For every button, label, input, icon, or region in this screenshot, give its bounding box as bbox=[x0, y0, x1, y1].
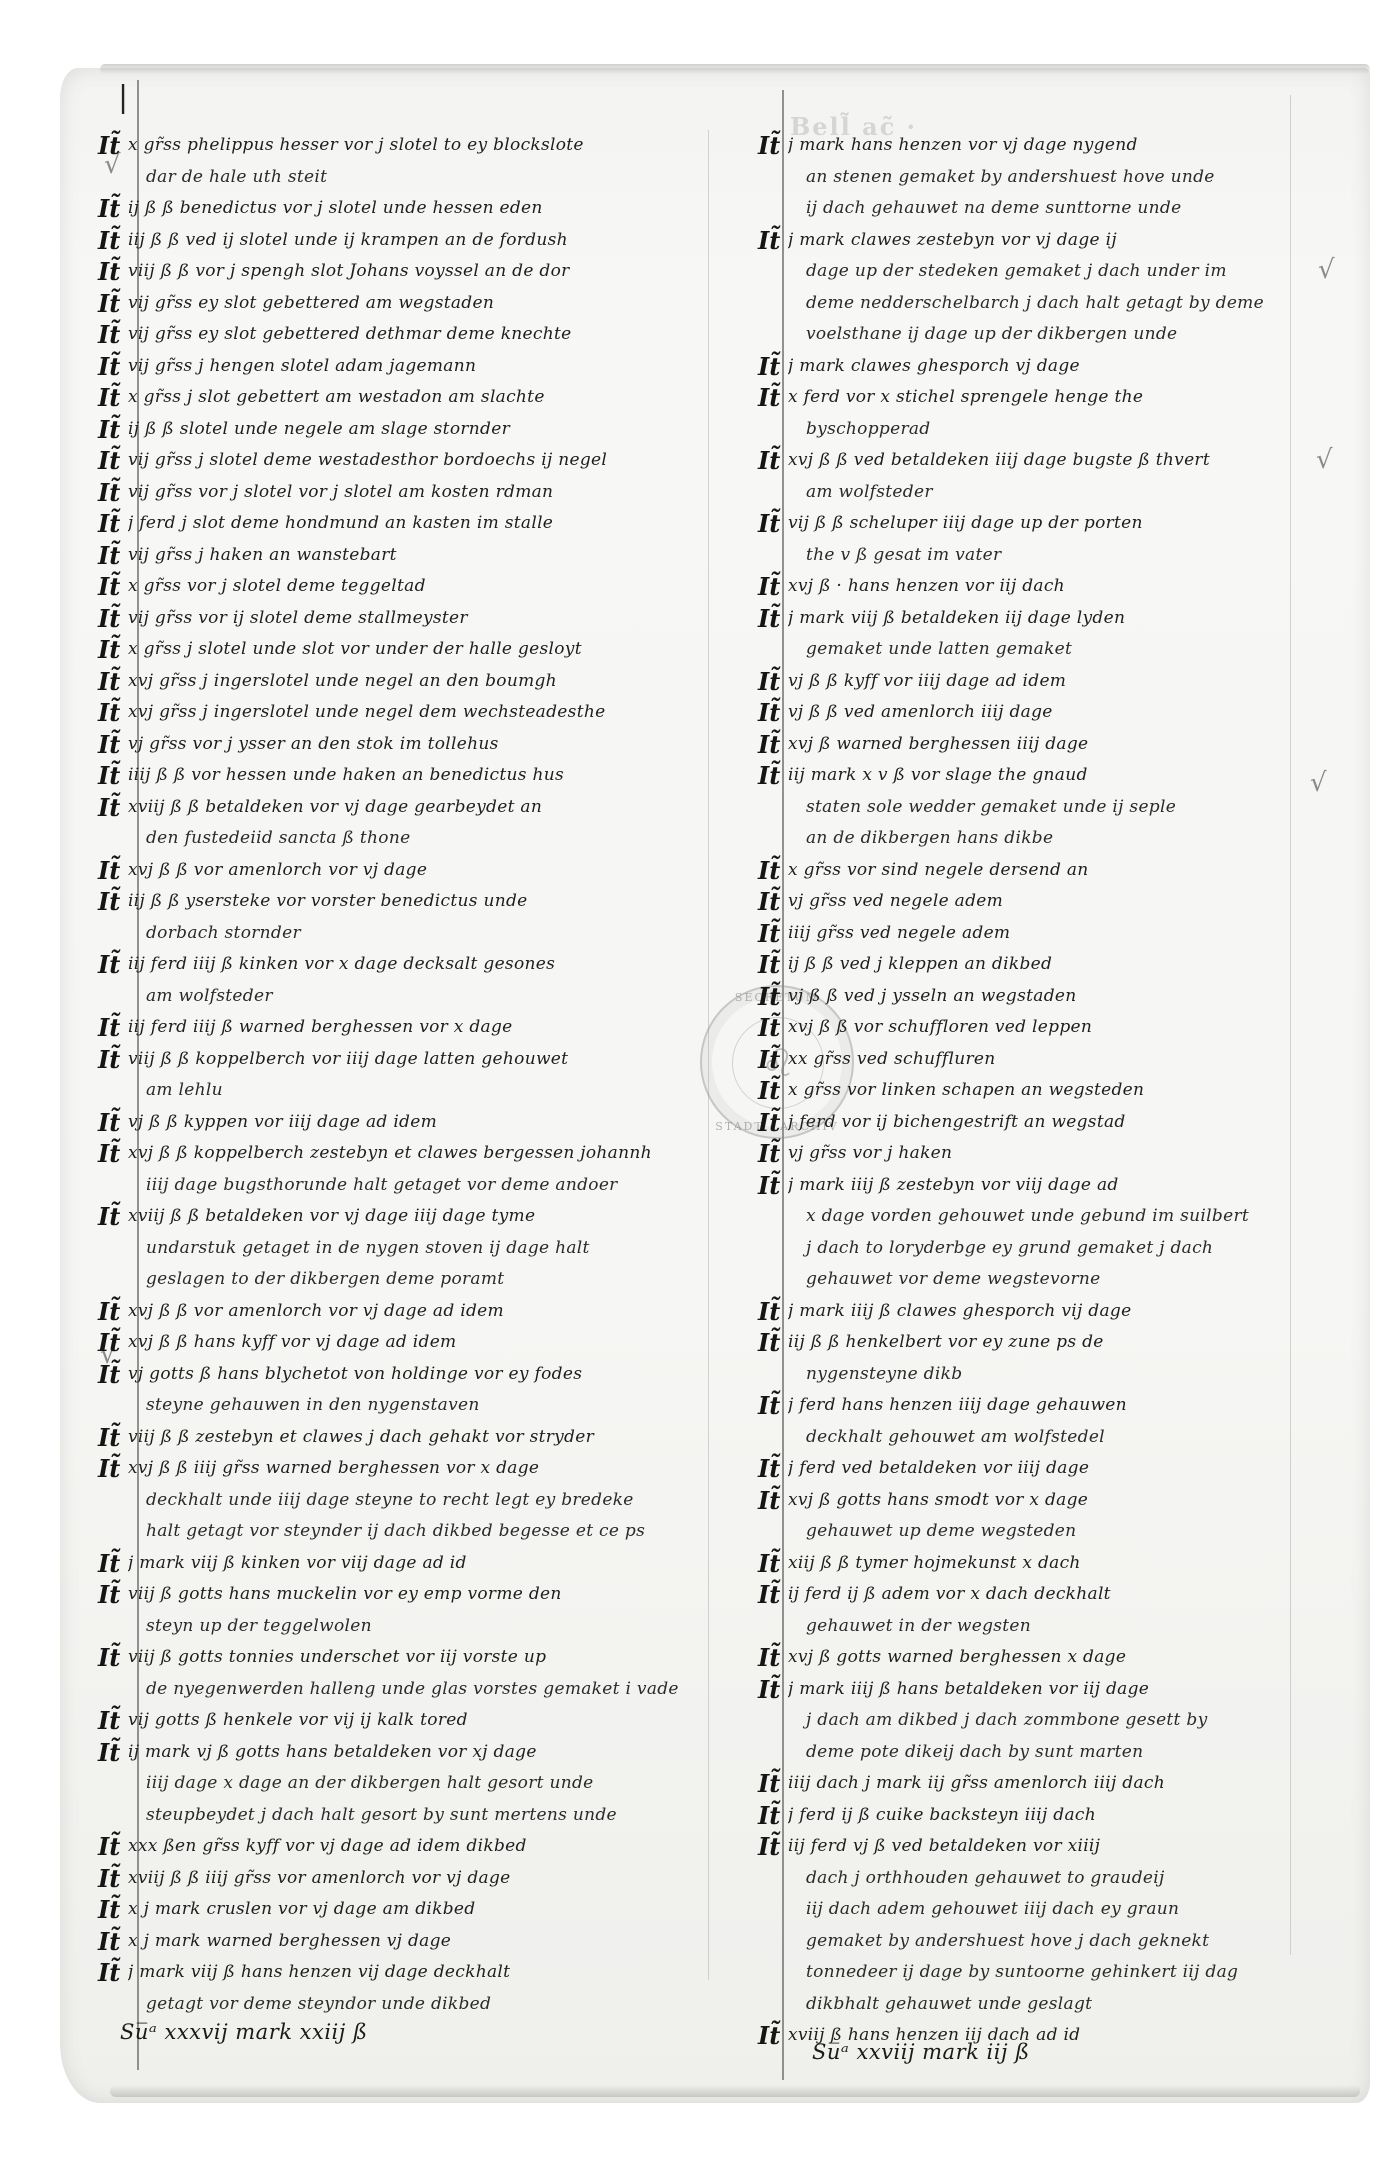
entry-continuation-line: gemaket unde latten gemaket bbox=[788, 634, 1348, 666]
ledger-entry: It̃iij ß ß ved ij slotel unde ij krampen… bbox=[128, 225, 748, 257]
entry-line: vij ß ß scheluper iiij dage up der porte… bbox=[788, 508, 1348, 540]
ledger-entry: It̃xvj ß ß ved betaldeken iiij dage bugs… bbox=[788, 445, 1348, 508]
entry-line: vj gr̃ss vor j ysser an den stok im toll… bbox=[128, 729, 748, 761]
entry-line: ij ß ß slotel unde negele am slage storn… bbox=[128, 414, 748, 446]
ledger-entry: It̃xvj ß ß iiij gr̃ss warned berghessen … bbox=[128, 1453, 748, 1548]
item-mark-icon: It̃ bbox=[98, 1642, 120, 1674]
ledger-entry: It̃xvj ß gotts warned berghessen x dage bbox=[788, 1642, 1348, 1674]
entry-continuation-line: staten sole wedder gemaket unde ij seple bbox=[788, 792, 1348, 824]
entry-continuation-line: steyn up der teggelwolen bbox=[128, 1611, 748, 1643]
ledger-entry: It̃j ferd ved betaldeken vor iiij dage bbox=[788, 1453, 1348, 1485]
entry-continuation-line: iij dach adem gehouwet iiij dach ey grau… bbox=[788, 1894, 1348, 1926]
entry-line: vij gr̃ss vor ij slotel deme stallmeyste… bbox=[128, 603, 748, 635]
entry-continuation-line: geslagen to der dikbergen deme poramt bbox=[128, 1264, 748, 1296]
item-mark-icon: It̃ bbox=[758, 1642, 780, 1674]
entry-continuation-line: undarstuk getaget in de nygen stoven ij … bbox=[128, 1233, 748, 1265]
entry-line: ij ß ß ved j kleppen an dikbed bbox=[788, 949, 1348, 981]
entry-line: j mark hans henzen vor vj dage nygend bbox=[788, 130, 1348, 162]
entry-continuation-line: deme pote dikeij dach by sunt marten bbox=[788, 1737, 1348, 1769]
entry-continuation-line: nygensteyne dikb bbox=[788, 1359, 1348, 1391]
item-mark-icon: It̃ bbox=[98, 729, 120, 761]
ledger-entry: It̃vij gr̃ss j haken an wanstebart bbox=[128, 540, 748, 572]
entry-line: vij gotts ß henkele vor vij ij kalk tore… bbox=[128, 1705, 748, 1737]
ledger-entry: It̃xviij ß ß betaldeken vor vj dage gear… bbox=[128, 792, 748, 855]
entry-line: xvj gr̃ss j ingerslotel unde negel dem w… bbox=[128, 697, 748, 729]
ledger-entry: It̃xx gr̃ss ved schuffluren bbox=[788, 1044, 1348, 1076]
entry-line: xvj ß ß vor amenlorch vor vj dage ad ide… bbox=[128, 1296, 748, 1328]
ledger-entry: It̃xvj ß · hans henzen vor iij dach bbox=[788, 571, 1348, 603]
page-bottom-edge bbox=[110, 2085, 1360, 2097]
entry-line: j ferd vor ij bichengestrift an wegstad bbox=[788, 1107, 1348, 1139]
entry-line: j mark iiij ß clawes ghesporch vij dage bbox=[788, 1296, 1348, 1328]
entry-line: viij ß gotts hans muckelin vor ey emp vo… bbox=[128, 1579, 748, 1611]
item-mark-icon: It̃ bbox=[98, 760, 120, 792]
ledger-entry: It̃j mark iiij ß hans betaldeken vor iij… bbox=[788, 1674, 1348, 1769]
entry-line: vj ß ß ved j ysseln an wegstaden bbox=[788, 981, 1348, 1013]
item-mark-icon: It̃ bbox=[98, 540, 120, 572]
ledger-entry: It̃iij ß ß henkelbert vor ey zune ps den… bbox=[788, 1327, 1348, 1390]
ledger-entry: It̃x gr̃ss phelippus hesser vor j slotel… bbox=[128, 130, 748, 193]
entry-continuation-line: tonnedeer ij dage by suntoorne gehinkert… bbox=[788, 1957, 1348, 1989]
entry-line: x j mark cruslen vor vj dage am dikbed bbox=[128, 1894, 748, 1926]
entry-line: vij gr̃ss j hengen slotel adam jagemann bbox=[128, 351, 748, 383]
entry-line: j ferd ij ß cuike backsteyn iiij dach bbox=[788, 1800, 1348, 1832]
entry-line: x gr̃ss j slotel unde slot vor under der… bbox=[128, 634, 748, 666]
entry-line: xvj ß gotts warned berghessen x dage bbox=[788, 1642, 1348, 1674]
ledger-entry: It̃viij ß ß vor j spengh slot Johans voy… bbox=[128, 256, 748, 288]
entry-line: iiij ß ß vor hessen unde haken an benedi… bbox=[128, 760, 748, 792]
entry-line: iij ß ß henkelbert vor ey zune ps de bbox=[788, 1327, 1348, 1359]
item-mark-icon: It̃ bbox=[758, 1044, 780, 1076]
ledger-entry: It̃xvj ß ß vor schuffloren ved leppen bbox=[788, 1012, 1348, 1044]
ledger-entry: It̃xvj gr̃ss j ingerslotel unde negel an… bbox=[128, 666, 748, 698]
entry-line: vij gr̃ss vor j slotel vor j slotel am k… bbox=[128, 477, 748, 509]
entry-line: j mark clawes zestebyn vor vj dage ij bbox=[788, 225, 1348, 257]
entry-continuation-line: am wolfsteder bbox=[128, 981, 748, 1013]
entry-line: vj ß ß ved amenlorch iiij dage bbox=[788, 697, 1348, 729]
ledger-entry: It̃xvj ß warned berghessen iiij dage bbox=[788, 729, 1348, 761]
entry-line: j mark viij ß hans henzen vij dage deckh… bbox=[128, 1957, 748, 1989]
item-mark-icon: It̃ bbox=[98, 1926, 120, 1958]
item-mark-icon: It̃ bbox=[758, 1768, 780, 1800]
item-mark-icon: It̃ bbox=[758, 1012, 780, 1044]
ledger-entry: It̃ij ß ß ved j kleppen an dikbed bbox=[788, 949, 1348, 981]
entry-line: xvj ß ß iiij gr̃ss warned berghessen vor… bbox=[128, 1453, 748, 1485]
item-mark-icon: It̃ bbox=[758, 918, 780, 950]
entry-continuation-line: dorbach stornder bbox=[128, 918, 748, 950]
ledger-entry: It̃j mark viij ß hans henzen vij dage de… bbox=[128, 1957, 748, 2020]
ledger-entry: It̃vj ß ß ved amenlorch iiij dage bbox=[788, 697, 1348, 729]
item-mark-icon: It̃ bbox=[98, 697, 120, 729]
entry-line: iij ß ß ved ij slotel unde ij krampen an… bbox=[128, 225, 748, 257]
entry-line: iij ferd iiij ß kinken vor x dage decksa… bbox=[128, 949, 748, 981]
ledger-entry: It̃viij ß gotts hans muckelin vor ey emp… bbox=[128, 1579, 748, 1642]
ledger-entry: It̃xxx ßen gr̃ss kyff vor vj dage ad ide… bbox=[128, 1831, 748, 1863]
entry-line: xvj ß gotts hans smodt vor x dage bbox=[788, 1485, 1348, 1517]
item-mark-icon: It̃ bbox=[758, 1075, 780, 1107]
item-mark-icon: It̃ bbox=[758, 1107, 780, 1139]
ledger-entry: It̃x gr̃ss j slot gebettert am westadon … bbox=[128, 382, 748, 414]
ledger-entry: It̃vj gr̃ss vor j haken bbox=[788, 1138, 1348, 1170]
ledger-entry: It̃vij gr̃ss ey slot gebettered am wegst… bbox=[128, 288, 748, 320]
item-mark-icon: It̃ bbox=[98, 508, 120, 540]
ledger-entry: It̃vj gr̃ss ved negele adem bbox=[788, 886, 1348, 918]
ledger-entry: It̃ij mark vj ß gotts hans betaldeken vo… bbox=[128, 1737, 748, 1832]
ledger-entry: It̃vij gr̃ss vor ij slotel deme stallmey… bbox=[128, 603, 748, 635]
ledger-entry: It̃xiij ß ß tymer hojmekunst x dach bbox=[788, 1548, 1348, 1580]
item-mark-icon: It̃ bbox=[758, 1831, 780, 1863]
item-mark-icon: It̃ bbox=[758, 508, 780, 540]
item-mark-icon: It̃ bbox=[98, 1863, 120, 1895]
entry-continuation-line: deckhalt unde iiij dage steyne to recht … bbox=[128, 1485, 748, 1517]
item-mark-icon: It̃ bbox=[758, 1579, 780, 1611]
item-mark-icon: It̃ bbox=[758, 949, 780, 981]
entry-line: iij mark x v ß vor slage the gnaud bbox=[788, 760, 1348, 792]
item-mark-icon: It̃ bbox=[758, 666, 780, 698]
ledger-entry: It̃x gr̃ss vor sind negele dersend an bbox=[788, 855, 1348, 887]
entry-line: viij ß ß zestebyn et clawes j dach gehak… bbox=[128, 1422, 748, 1454]
ledger-entry: It̃vij gotts ß henkele vor vij ij kalk t… bbox=[128, 1705, 748, 1737]
entry-line: j mark iiij ß zestebyn vor viij dage ad bbox=[788, 1170, 1348, 1202]
item-mark-icon: It̃ bbox=[98, 1579, 120, 1611]
ledger-entry: It̃iij ferd iiij ß warned berghessen vor… bbox=[128, 1012, 748, 1044]
left-column-entries: It̃x gr̃ss phelippus hesser vor j slotel… bbox=[128, 130, 748, 2020]
entry-continuation-line: x dage vorden gehouwet unde gebund im su… bbox=[788, 1201, 1348, 1233]
entry-continuation-line: den fustedeiid sancta ß thone bbox=[128, 823, 748, 855]
ledger-entry: It̃ij ß ß benedictus vor j slotel unde h… bbox=[128, 193, 748, 225]
ledger-entry: It̃vij ß ß scheluper iiij dage up der po… bbox=[788, 508, 1348, 571]
ledger-entry: It̃iij mark x v ß vor slage the gnaudsta… bbox=[788, 760, 1348, 855]
entry-continuation-line: voelsthane ij dage up der dikbergen unde bbox=[788, 319, 1348, 351]
ledger-entry: It̃viij ß ß koppelberch vor iiij dage la… bbox=[128, 1044, 748, 1107]
item-mark-icon: It̃ bbox=[758, 729, 780, 761]
item-mark-icon: It̃ bbox=[98, 288, 120, 320]
ledger-entry: It̃j mark clawes zestebyn vor vj dage ij… bbox=[788, 225, 1348, 351]
ledger-entry: It̃iij ferd iiij ß kinken vor x dage dec… bbox=[128, 949, 748, 1012]
item-mark-icon: It̃ bbox=[98, 193, 120, 225]
item-mark-icon: It̃ bbox=[758, 760, 780, 792]
entry-continuation-line: am lehlu bbox=[128, 1075, 748, 1107]
entry-continuation-line: the v ß gesat im vater bbox=[788, 540, 1348, 572]
folio-mark: | bbox=[118, 80, 128, 115]
page-top-edge bbox=[100, 64, 1370, 74]
ledger-entry: It̃vj ß ß kyppen vor iiij dage ad idem bbox=[128, 1107, 748, 1139]
ledger-entry: It̃iiij dach j mark iij gr̃ss amenlorch … bbox=[788, 1768, 1348, 1800]
item-mark-icon: It̃ bbox=[98, 1012, 120, 1044]
item-mark-icon: It̃ bbox=[758, 1170, 780, 1202]
item-mark-icon: It̃ bbox=[98, 1296, 120, 1328]
item-mark-icon: It̃ bbox=[758, 1296, 780, 1328]
item-mark-icon: It̃ bbox=[98, 351, 120, 383]
entry-line: vj ß ß kyff vor iiij dage ad idem bbox=[788, 666, 1348, 698]
entry-line: xvj ß ß ved betaldeken iiij dage bugste … bbox=[788, 445, 1348, 477]
entry-line: ij ferd ij ß adem vor x dach deckhalt bbox=[788, 1579, 1348, 1611]
item-mark-icon: It̃ bbox=[758, 225, 780, 257]
item-mark-icon: It̃ bbox=[758, 1485, 780, 1517]
entry-line: xvj ß · hans henzen vor iij dach bbox=[788, 571, 1348, 603]
entry-continuation-line: j dach to loryderbge ey grund gemaket j … bbox=[788, 1233, 1348, 1265]
item-mark-icon: It̃ bbox=[758, 697, 780, 729]
ledger-entry: It̃x gr̃ss vor j slotel deme teggeltad bbox=[128, 571, 748, 603]
item-mark-icon: It̃ bbox=[98, 886, 120, 918]
ledger-entry: It̃iij ferd vj ß ved betaldeken vor xiii… bbox=[788, 1831, 1348, 2020]
ledger-entry: It̃xvj gr̃ss j ingerslotel unde negel de… bbox=[128, 697, 748, 729]
item-mark-icon: It̃ bbox=[758, 2020, 780, 2052]
entry-line: xviij ß ß iiij gr̃ss vor amenlorch vor v… bbox=[128, 1863, 748, 1895]
entry-line: xvj ß warned berghessen iiij dage bbox=[788, 729, 1348, 761]
entry-line: vj ß ß kyppen vor iiij dage ad idem bbox=[128, 1107, 748, 1139]
entry-continuation-line: gehauwet vor deme wegstevorne bbox=[788, 1264, 1348, 1296]
ledger-entry: It̃x j mark cruslen vor vj dage am dikbe… bbox=[128, 1894, 748, 1926]
entry-line: xviij ß ß betaldeken vor vj dage gearbey… bbox=[128, 792, 748, 824]
entry-line: xvj ß ß vor schuffloren ved leppen bbox=[788, 1012, 1348, 1044]
item-mark-icon: It̃ bbox=[98, 414, 120, 446]
entry-line: iiij dach j mark iij gr̃ss amenlorch iii… bbox=[788, 1768, 1348, 1800]
ledger-entry: It̃vij gr̃ss j hengen slotel adam jagema… bbox=[128, 351, 748, 383]
ledger-entry: It̃j mark hans henzen vor vj dage nygend… bbox=[788, 130, 1348, 225]
entry-continuation-line: gehauwet up deme wegsteden bbox=[788, 1516, 1348, 1548]
ledger-entry: It̃x j mark warned berghessen vj dage bbox=[128, 1926, 748, 1958]
entry-line: xvj ß ß koppelberch zestebyn et clawes b… bbox=[128, 1138, 748, 1170]
item-mark-icon: It̃ bbox=[98, 949, 120, 981]
entry-continuation-line: dage up der stedeken gemaket j dach unde… bbox=[788, 256, 1348, 288]
item-mark-icon: It̃ bbox=[98, 225, 120, 257]
item-mark-icon: It̃ bbox=[758, 1800, 780, 1832]
item-mark-icon: It̃ bbox=[98, 1831, 120, 1863]
ledger-entry: It̃viij ß ß zestebyn et clawes j dach ge… bbox=[128, 1422, 748, 1454]
ledger-entry: It̃x gr̃ss j slotel unde slot vor under … bbox=[128, 634, 748, 666]
item-mark-icon: It̃ bbox=[98, 256, 120, 288]
item-mark-icon: It̃ bbox=[98, 477, 120, 509]
ledger-entry: It̃x ferd vor x stichel sprengele henge … bbox=[788, 382, 1348, 445]
item-mark-icon: It̃ bbox=[98, 1737, 120, 1769]
entry-line: vj gr̃ss vor j haken bbox=[788, 1138, 1348, 1170]
item-mark-icon: It̃ bbox=[758, 445, 780, 477]
entry-line: iij ferd iiij ß warned berghessen vor x … bbox=[128, 1012, 748, 1044]
ledger-entry: It̃xvj ß ß koppelberch zestebyn et clawe… bbox=[128, 1138, 748, 1201]
ledger-entry: It̃xvj ß ß vor amenlorch vor vj dage ad … bbox=[128, 1296, 748, 1328]
ledger-entry: It̃xviij ß ß iiij gr̃ss vor amenlorch vo… bbox=[128, 1863, 748, 1895]
entry-line: xvj gr̃ss j ingerslotel unde negel an de… bbox=[128, 666, 748, 698]
right-column-total: Su̅ᵃ xxviij mark iij ß bbox=[812, 2040, 1030, 2064]
right-column-entries: It̃j mark hans henzen vor vj dage nygend… bbox=[788, 130, 1348, 2052]
ledger-entry: It̃vj gr̃ss vor j ysser an den stok im t… bbox=[128, 729, 748, 761]
entry-continuation-line: dikbhalt gehauwet unde geslagt bbox=[788, 1989, 1348, 2021]
entry-line: xvj ß ß vor amenlorch vor vj dage bbox=[128, 855, 748, 887]
item-mark-icon: It̃ bbox=[758, 1138, 780, 1170]
ledger-entry: It̃vj ß ß kyff vor iiij dage ad idem bbox=[788, 666, 1348, 698]
entry-line: xiij ß ß tymer hojmekunst x dach bbox=[788, 1548, 1348, 1580]
ledger-entry: It̃xviij ß ß betaldeken vor vj dage iiij… bbox=[128, 1201, 748, 1296]
ledger-entry: It̃j mark viij ß kinken vor viij dage ad… bbox=[128, 1548, 748, 1580]
entry-continuation-line: ij dach gehauwet na deme sunttorne unde bbox=[788, 193, 1348, 225]
entry-continuation-line: gehauwet in der wegsten bbox=[788, 1611, 1348, 1643]
entry-continuation-line: j dach am dikbed j dach zommbone gesett … bbox=[788, 1705, 1348, 1737]
item-mark-icon: It̃ bbox=[758, 130, 780, 162]
entry-continuation-line: iiij dage bugsthorunde halt getaget vor … bbox=[128, 1170, 748, 1202]
entry-line: x gr̃ss vor sind negele dersend an bbox=[788, 855, 1348, 887]
entry-continuation-line: steupbeydet j dach halt gesort by sunt m… bbox=[128, 1800, 748, 1832]
item-mark-icon: It̃ bbox=[98, 319, 120, 351]
item-mark-icon: It̃ bbox=[98, 634, 120, 666]
item-mark-icon: It̃ bbox=[98, 571, 120, 603]
entry-line: vij gr̃ss j slotel deme westadesthor bor… bbox=[128, 445, 748, 477]
entry-line: vij gr̃ss ey slot gebettered dethmar dem… bbox=[128, 319, 748, 351]
ledger-entry: It̃viij ß gotts tonnies underschet vor i… bbox=[128, 1642, 748, 1705]
item-mark-icon: It̃ bbox=[98, 792, 120, 824]
entry-continuation-line: getagt vor deme steyndor unde dikbed bbox=[128, 1989, 748, 2021]
item-mark-icon: It̃ bbox=[758, 571, 780, 603]
left-column-total: Su̅ᵃ xxxvij mark xxiij ß bbox=[120, 2020, 367, 2044]
entry-line: x ferd vor x stichel sprengele henge the bbox=[788, 382, 1348, 414]
ledger-entry: It̃j ferd hans henzen iiij dage gehauwen… bbox=[788, 1390, 1348, 1453]
entry-line: xviij ß ß betaldeken vor vj dage iiij da… bbox=[128, 1201, 748, 1233]
entry-line: iij ferd vj ß ved betaldeken vor xiiij bbox=[788, 1831, 1348, 1863]
item-mark-icon: It̃ bbox=[758, 981, 780, 1013]
entry-line: j mark viij ß kinken vor viij dage ad id bbox=[128, 1548, 748, 1580]
item-mark-icon: It̃ bbox=[98, 1548, 120, 1580]
item-mark-icon: It̃ bbox=[98, 1201, 120, 1233]
item-mark-icon: It̃ bbox=[98, 445, 120, 477]
entry-continuation-line: byschopperad bbox=[788, 414, 1348, 446]
ledger-entry: It̃xvj ß gotts hans smodt vor x dagegeha… bbox=[788, 1485, 1348, 1548]
entry-continuation-line: dar de hale uth steit bbox=[128, 162, 748, 194]
item-mark-icon: It̃ bbox=[758, 1327, 780, 1359]
entry-line: ij ß ß benedictus vor j slotel unde hess… bbox=[128, 193, 748, 225]
item-mark-icon: It̃ bbox=[758, 1548, 780, 1580]
ledger-entry: It̃j ferd j slot deme hondmund an kasten… bbox=[128, 508, 748, 540]
entry-line: vj gotts ß hans blychetot von holdinge v… bbox=[128, 1359, 748, 1391]
item-mark-icon: It̃ bbox=[758, 886, 780, 918]
ledger-entry: It̃vij gr̃ss ey slot gebettered dethmar … bbox=[128, 319, 748, 351]
entry-line: xxx ßen gr̃ss kyff vor vj dage ad idem d… bbox=[128, 1831, 748, 1863]
entry-line: j ferd ved betaldeken vor iiij dage bbox=[788, 1453, 1348, 1485]
entry-continuation-line: dach j orthhouden gehauwet to graudeij bbox=[788, 1863, 1348, 1895]
entry-line: x gr̃ss vor j slotel deme teggeltad bbox=[128, 571, 748, 603]
entry-continuation-line: am wolfsteder bbox=[788, 477, 1348, 509]
ledger-entry: It̃xvj ß ß vor amenlorch vor vj dage bbox=[128, 855, 748, 887]
item-mark-icon: It̃ bbox=[98, 1044, 120, 1076]
entry-line: xvj ß ß hans kyff vor vj dage ad idem bbox=[128, 1327, 748, 1359]
item-mark-icon: It̃ bbox=[758, 351, 780, 383]
entry-continuation-line: de nyegenwerden halleng unde glas vorste… bbox=[128, 1674, 748, 1706]
ledger-entry: It̃vij gr̃ss vor j slotel vor j slotel a… bbox=[128, 477, 748, 509]
ledger-entry: It̃j mark viij ß betaldeken iij dage lyd… bbox=[788, 603, 1348, 666]
item-mark-icon: It̃ bbox=[98, 1107, 120, 1139]
entry-line: j mark iiij ß hans betaldeken vor iij da… bbox=[788, 1674, 1348, 1706]
entry-line: x gr̃ss phelippus hesser vor j slotel to… bbox=[128, 130, 748, 162]
item-mark-icon: It̃ bbox=[758, 1674, 780, 1706]
ledger-entry: It̃vj ß ß ved j ysseln an wegstaden bbox=[788, 981, 1348, 1013]
ledger-entry: It̃j ferd ij ß cuike backsteyn iiij dach bbox=[788, 1800, 1348, 1832]
entry-line: ij mark vj ß gotts hans betaldeken vor x… bbox=[128, 1737, 748, 1769]
item-mark-icon: It̃ bbox=[758, 855, 780, 887]
item-mark-icon: It̃ bbox=[758, 382, 780, 414]
item-mark-icon: It̃ bbox=[98, 130, 120, 162]
ledger-entry: It̃iij ß ß ysersteke vor vorster benedic… bbox=[128, 886, 748, 949]
item-mark-icon: It̃ bbox=[98, 1422, 120, 1454]
entry-line: xx gr̃ss ved schuffluren bbox=[788, 1044, 1348, 1076]
entry-line: iij ß ß ysersteke vor vorster benedictus… bbox=[128, 886, 748, 918]
entry-line: vij gr̃ss ey slot gebettered am wegstade… bbox=[128, 288, 748, 320]
entry-line: vij gr̃ss j haken an wanstebart bbox=[128, 540, 748, 572]
item-mark-icon: It̃ bbox=[98, 666, 120, 698]
ledger-entry: It̃xvj ß ß hans kyff vor vj dage ad idem bbox=[128, 1327, 748, 1359]
entry-line: viij ß ß koppelberch vor iiij dage latte… bbox=[128, 1044, 748, 1076]
entry-continuation-line: steyne gehauwen in den nygenstaven bbox=[128, 1390, 748, 1422]
item-mark-icon: It̃ bbox=[98, 855, 120, 887]
entry-continuation-line: iiij dage x dage an der dikbergen halt g… bbox=[128, 1768, 748, 1800]
entry-continuation-line: deckhalt gehouwet am wolfstedel bbox=[788, 1422, 1348, 1454]
item-mark-icon: It̃ bbox=[758, 1453, 780, 1485]
entry-continuation-line: an de dikbergen hans dikbe bbox=[788, 823, 1348, 855]
item-mark-icon: It̃ bbox=[98, 1327, 120, 1359]
entry-line: viij ß gotts tonnies underschet vor iij … bbox=[128, 1642, 748, 1674]
ledger-entry: It̃vij gr̃ss j slotel deme westadesthor … bbox=[128, 445, 748, 477]
item-mark-icon: It̃ bbox=[98, 1453, 120, 1485]
item-mark-icon: It̃ bbox=[758, 603, 780, 635]
item-mark-icon: It̃ bbox=[98, 1359, 120, 1391]
ledger-entry: It̃vj gotts ß hans blychetot von holding… bbox=[128, 1359, 748, 1422]
entry-line: x gr̃ss vor linken schapen an wegsteden bbox=[788, 1075, 1348, 1107]
entry-line: j mark viij ß betaldeken iij dage lyden bbox=[788, 603, 1348, 635]
ledger-entry: It̃ij ß ß slotel unde negele am slage st… bbox=[128, 414, 748, 446]
ledger-entry: It̃ij ferd ij ß adem vor x dach deckhalt… bbox=[788, 1579, 1348, 1642]
ledger-entry: It̃iiij ß ß vor hessen unde haken an ben… bbox=[128, 760, 748, 792]
item-mark-icon: It̃ bbox=[758, 1390, 780, 1422]
entry-continuation-line: halt getagt vor steynder ij dach dikbed … bbox=[128, 1516, 748, 1548]
entry-line: j ferd j slot deme hondmund an kasten im… bbox=[128, 508, 748, 540]
item-mark-icon: It̃ bbox=[98, 603, 120, 635]
ledger-entry: It̃j mark iiij ß zestebyn vor viij dage … bbox=[788, 1170, 1348, 1296]
item-mark-icon: It̃ bbox=[98, 1705, 120, 1737]
entry-line: j mark clawes ghesporch vj dage bbox=[788, 351, 1348, 383]
entry-continuation-line: an stenen gemaket by andershuest hove un… bbox=[788, 162, 1348, 194]
ledger-entry: It̃j mark clawes ghesporch vj dage bbox=[788, 351, 1348, 383]
item-mark-icon: It̃ bbox=[98, 1957, 120, 1989]
ledger-entry: It̃j mark iiij ß clawes ghesporch vij da… bbox=[788, 1296, 1348, 1328]
ledger-entry: It̃x gr̃ss vor linken schapen an wegsted… bbox=[788, 1075, 1348, 1107]
item-mark-icon: It̃ bbox=[98, 1894, 120, 1926]
ledger-entry: It̃j ferd vor ij bichengestrift an wegst… bbox=[788, 1107, 1348, 1139]
entry-line: vj gr̃ss ved negele adem bbox=[788, 886, 1348, 918]
entry-line: x gr̃ss j slot gebettert am westadon am … bbox=[128, 382, 748, 414]
ledger-entry: It̃iiij gr̃ss ved negele adem bbox=[788, 918, 1348, 950]
item-mark-icon: It̃ bbox=[98, 382, 120, 414]
entry-line: iiij gr̃ss ved negele adem bbox=[788, 918, 1348, 950]
entry-line: x j mark warned berghessen vj dage bbox=[128, 1926, 748, 1958]
item-mark-icon: It̃ bbox=[98, 1138, 120, 1170]
entry-line: j ferd hans henzen iiij dage gehauwen bbox=[788, 1390, 1348, 1422]
entry-continuation-line: gemaket by andershuest hove j dach gekne… bbox=[788, 1926, 1348, 1958]
entry-continuation-line: deme nedderschelbarch j dach halt getagt… bbox=[788, 288, 1348, 320]
entry-line: viij ß ß vor j spengh slot Johans voysse… bbox=[128, 256, 748, 288]
